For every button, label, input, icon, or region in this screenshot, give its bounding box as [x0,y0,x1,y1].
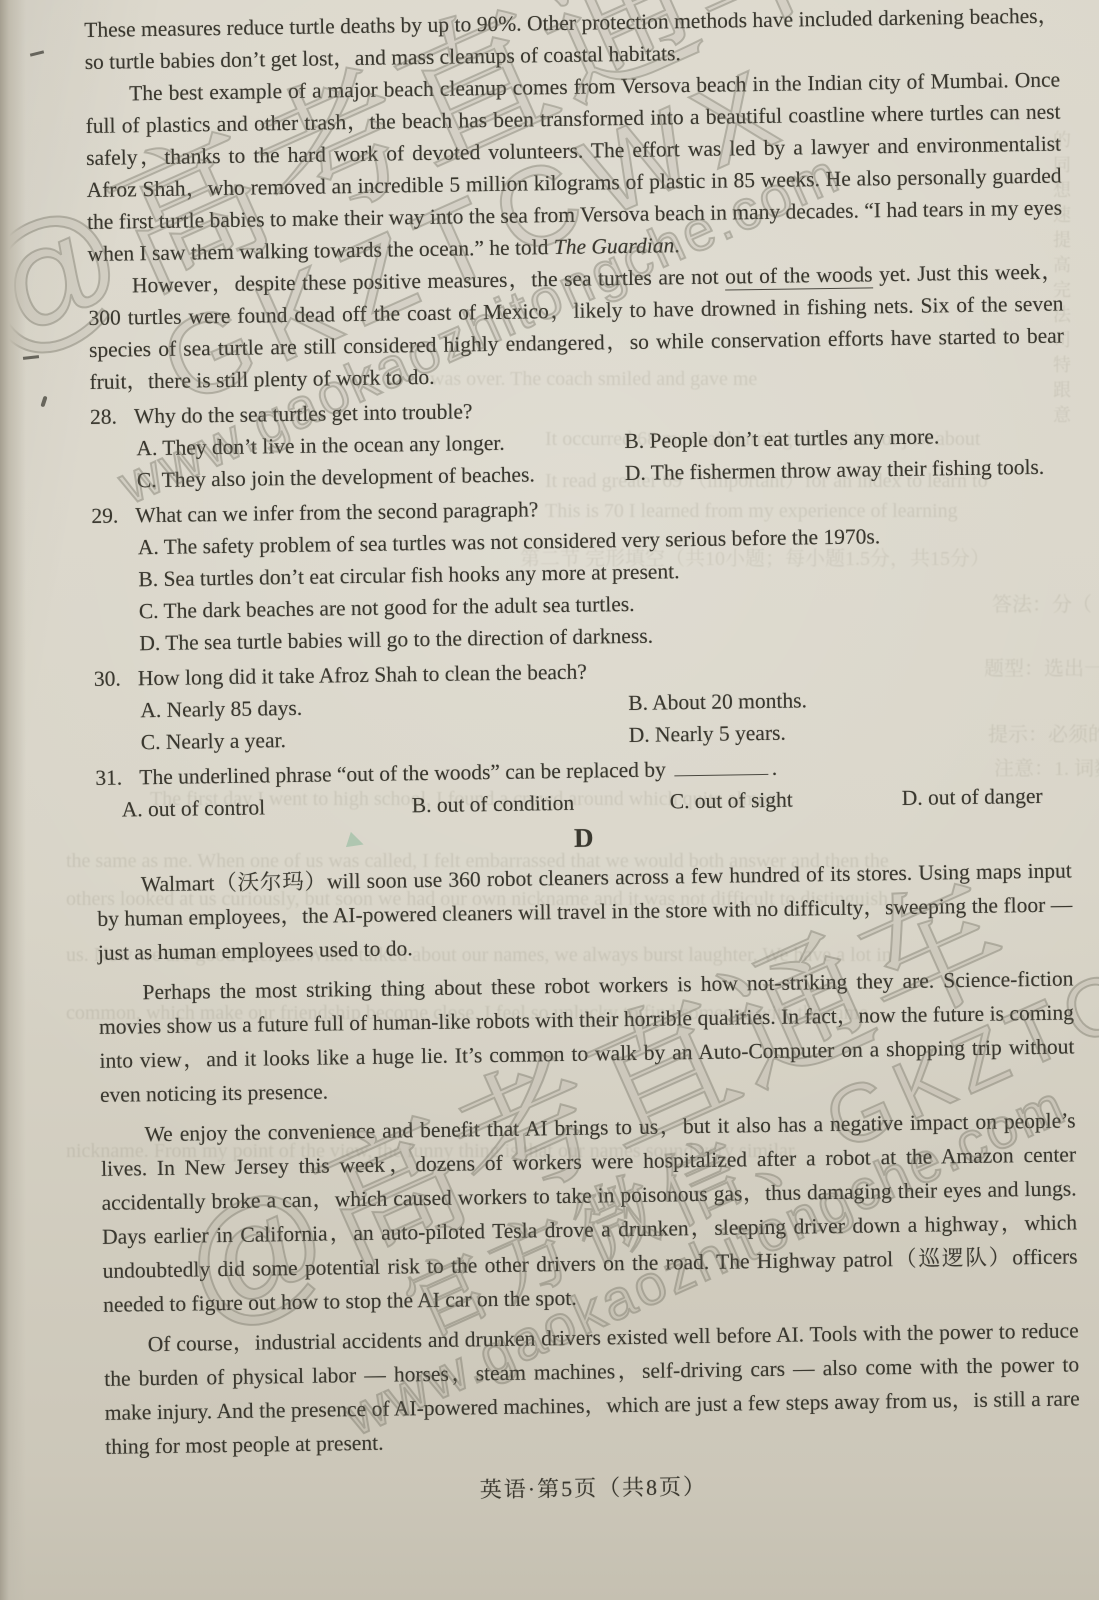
option: D. The fishermen throw away their fishin… [625,450,1066,489]
passage-text: However，despite these positive measures，… [132,265,725,298]
passage-text: These measures reduce turtle deaths by u… [84,4,1059,74]
page-footer: 英语·第5页（共8页） [106,1465,1081,1511]
question-number: 30. [94,662,138,695]
question-stem-text: The underlined phrase “out of the woods”… [139,757,666,789]
exam-page-photo: 的同想速提高完法司特跟意 was over. The coach smiled … [0,0,1099,1600]
question-stem-text: . [772,756,778,780]
question-29: 29. What can we infer from the second pa… [91,485,1068,659]
option: C. out of sight [670,782,902,817]
page-edge-shadow [0,0,30,1600]
answer-blank [674,753,768,776]
option: A. out of control [122,789,412,825]
question-number: 28. [90,400,134,433]
question-28: 28. Why do the sea turtles get into trou… [90,386,1066,496]
option: C. Nearly a year. [141,719,629,758]
passage-paragraph: However，despite these positive measures，… [88,256,1065,398]
option: B. out of condition [412,785,670,821]
passage-text: . [674,233,680,257]
underlined-phrase: out of the woods [725,262,873,290]
stray-pen-mark [30,50,44,56]
question-30: 30. How long did it take Afroz Shah to c… [94,648,1070,758]
option: D. out of danger [901,779,1070,814]
passage-paragraph: We enjoy the convenience and benefit tha… [100,1103,1078,1321]
exam-content: These measures reduce turtle deaths by u… [84,0,1081,1512]
stray-pen-mark [23,355,39,360]
passage-paragraph: The best example of a major beach cleanu… [85,64,1063,270]
passage-paragraph: Walmart（沃尔玛）will soon use 360 robot clea… [97,853,1073,969]
question-number: 29. [91,499,135,532]
question-number: 31. [95,761,139,794]
option: C. They also join the development of bea… [137,457,625,496]
passage-paragraph: Of course，industrial accidents and drunk… [103,1313,1080,1463]
stray-pen-mark [40,396,47,408]
passage-paragraph: Perhaps the most striking thing about th… [98,961,1075,1111]
question-31: 31. The underlined phrase “out of the wo… [95,747,1071,825]
option: D. Nearly 5 years. [629,712,1070,751]
italic-publication-title: The Guardian [554,233,675,259]
